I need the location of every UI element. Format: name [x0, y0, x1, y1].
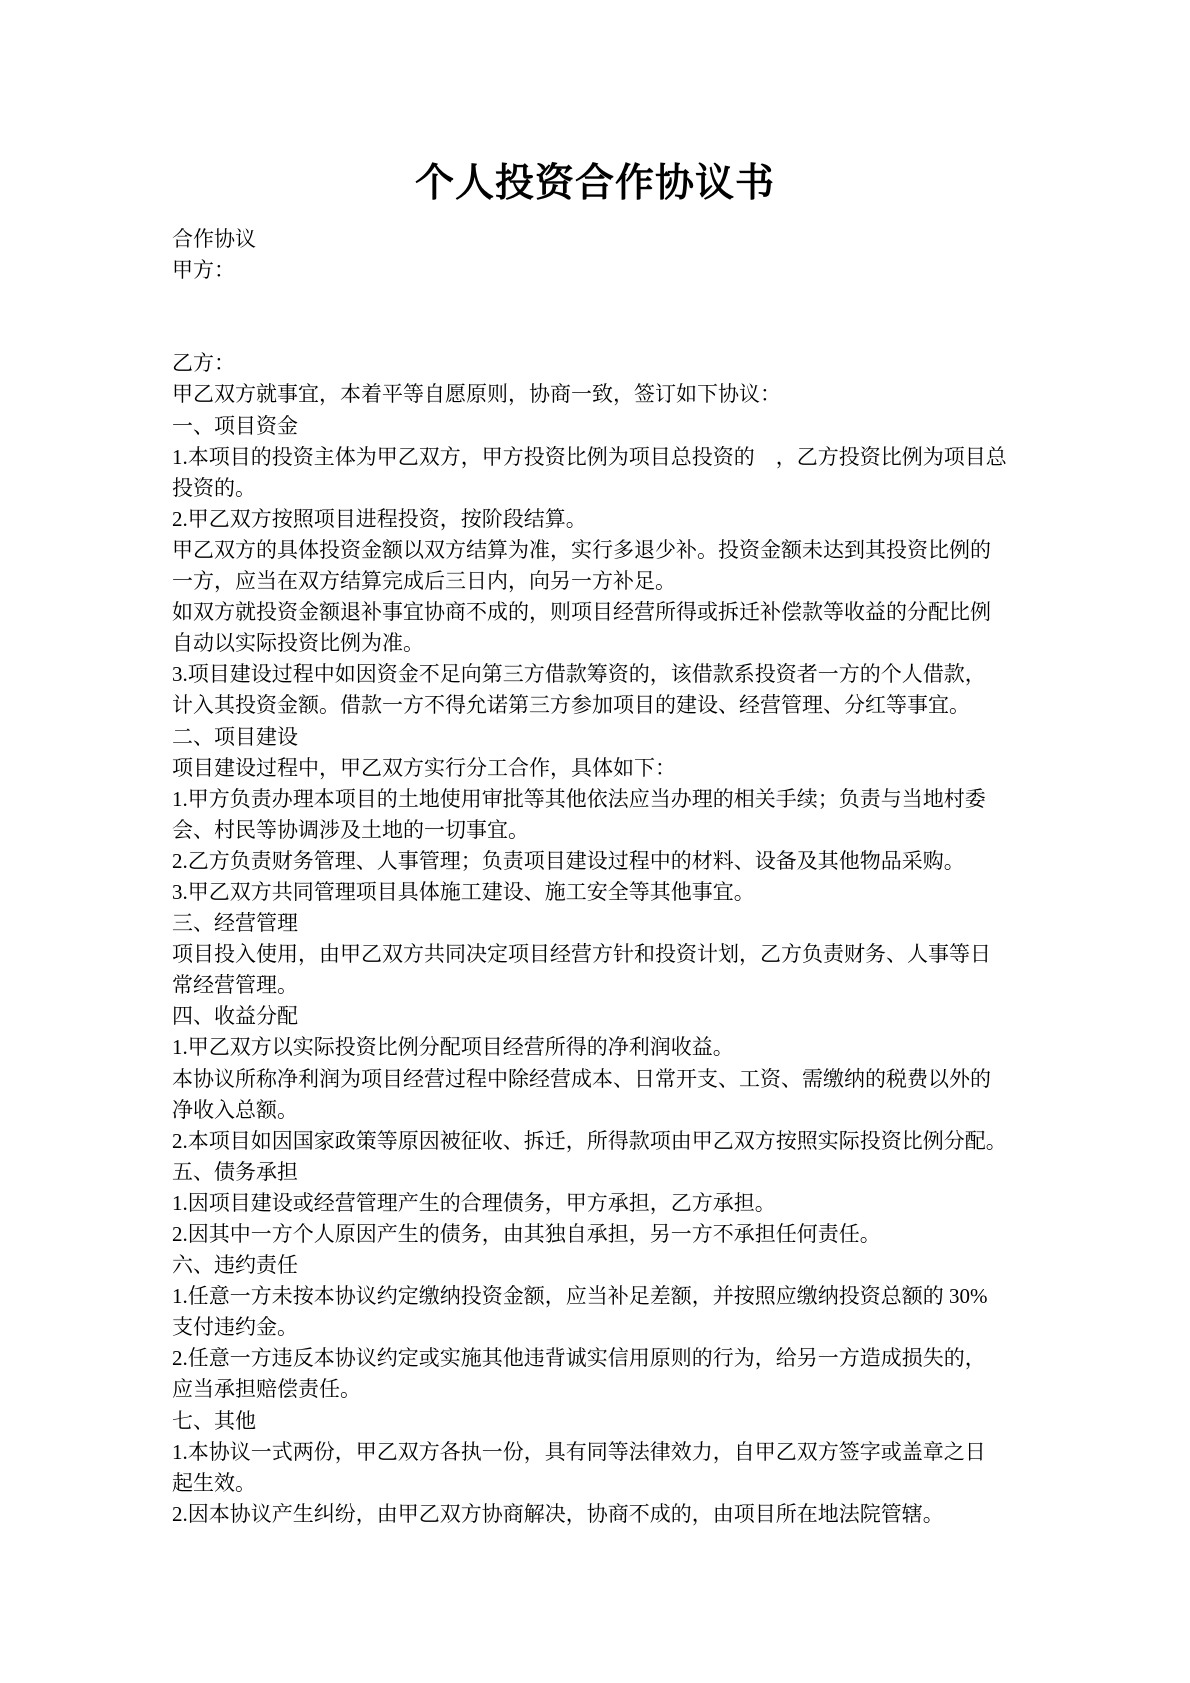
- paragraph-line: 1.本协议一式两份，甲乙双方各执一份，具有同等法律效力，自甲乙双方签字或盖章之日…: [172, 1437, 1022, 1499]
- paragraph-line: 1.任意一方未按本协议约定缴纳投资金额，应当补足差额，并按照应缴纳投资总额的 3…: [172, 1281, 1022, 1343]
- document-title: 个人投资合作协议书: [0, 0, 1190, 208]
- document-page: 个人投资合作协议书 合作协议甲方：乙方：甲乙双方就事宜，本着平等自愿原则，协商一…: [0, 0, 1190, 1683]
- paragraph-line: 1.甲乙双方以实际投资比例分配项目经营所得的净利润收益。: [172, 1032, 1022, 1063]
- paragraph-line: 甲乙双方的具体投资金额以双方结算为准，实行多退少补。投资金额未达到其投资比例的 …: [172, 535, 1022, 597]
- paragraph-line: 二、项目建设: [172, 722, 1022, 753]
- paragraph-line: 2.因其中一方个人原因产生的债务，由其独自承担，另一方不承担任何责任。: [172, 1219, 1022, 1250]
- paragraph-line: 甲乙双方就事宜，本着平等自愿原则，协商一致，签订如下协议：: [172, 379, 1022, 410]
- paragraph-line: 2.乙方负责财务管理、人事管理；负责项目建设过程中的材料、设备及其他物品采购。: [172, 846, 1022, 877]
- paragraph-line: 1.甲方负责办理本项目的土地使用审批等其他依法应当办理的相关手续；负责与当地村委…: [172, 784, 1022, 846]
- paragraph-line: 2.本项目如因国家政策等原因被征收、拆迁，所得款项由甲乙双方按照实际投资比例分配…: [172, 1126, 1022, 1157]
- document-body: 合作协议甲方：乙方：甲乙双方就事宜，本着平等自愿原则，协商一致，签订如下协议：一…: [0, 224, 1190, 1530]
- paragraph-line: 项目投入使用，由甲乙双方共同决定项目经营方针和投资计划，乙方负责财务、人事等日 …: [172, 939, 1022, 1001]
- paragraph-line: [172, 317, 1022, 348]
- paragraph-line: 五、债务承担: [172, 1157, 1022, 1188]
- paragraph-line: 项目建设过程中，甲乙双方实行分工合作，具体如下：: [172, 753, 1022, 784]
- paragraph-line: 七、其他: [172, 1406, 1022, 1437]
- paragraph-line: 乙方：: [172, 348, 1022, 379]
- paragraph-line: 本协议所称净利润为项目经营过程中除经营成本、日常开支、工资、需缴纳的税费以外的 …: [172, 1064, 1022, 1126]
- paragraph-line: 1.本项目的投资主体为甲乙双方，甲方投资比例为项目总投资的 ，乙方投资比例为项目…: [172, 442, 1022, 504]
- paragraph-line: 1.因项目建设或经营管理产生的合理债务，甲方承担，乙方承担。: [172, 1188, 1022, 1219]
- paragraph-line: 一、项目资金: [172, 411, 1022, 442]
- paragraph-line: 三、经营管理: [172, 908, 1022, 939]
- paragraph-line: 如双方就投资金额退补事宜协商不成的，则项目经营所得或拆迁补偿款等收益的分配比例 …: [172, 597, 1022, 659]
- paragraph-line: 2.甲乙双方按照项目进程投资，按阶段结算。: [172, 504, 1022, 535]
- paragraph-line: 六、违约责任: [172, 1250, 1022, 1281]
- paragraph-line: 3.项目建设过程中如因资金不足向第三方借款筹资的，该借款系投资者一方的个人借款，…: [172, 659, 1022, 721]
- paragraph-line: [172, 286, 1022, 317]
- paragraph-line: 3.甲乙双方共同管理项目具体施工建设、施工安全等其他事宜。: [172, 877, 1022, 908]
- paragraph-line: 合作协议: [172, 224, 1022, 255]
- paragraph-line: 2.因本协议产生纠纷，由甲乙双方协商解决，协商不成的，由项目所在地法院管辖。: [172, 1499, 1022, 1530]
- paragraph-line: 四、收益分配: [172, 1001, 1022, 1032]
- paragraph-line: 2.任意一方违反本协议约定或实施其他违背诚实信用原则的行为，给另一方造成损失的，…: [172, 1343, 1022, 1405]
- paragraph-line: 甲方：: [172, 255, 1022, 286]
